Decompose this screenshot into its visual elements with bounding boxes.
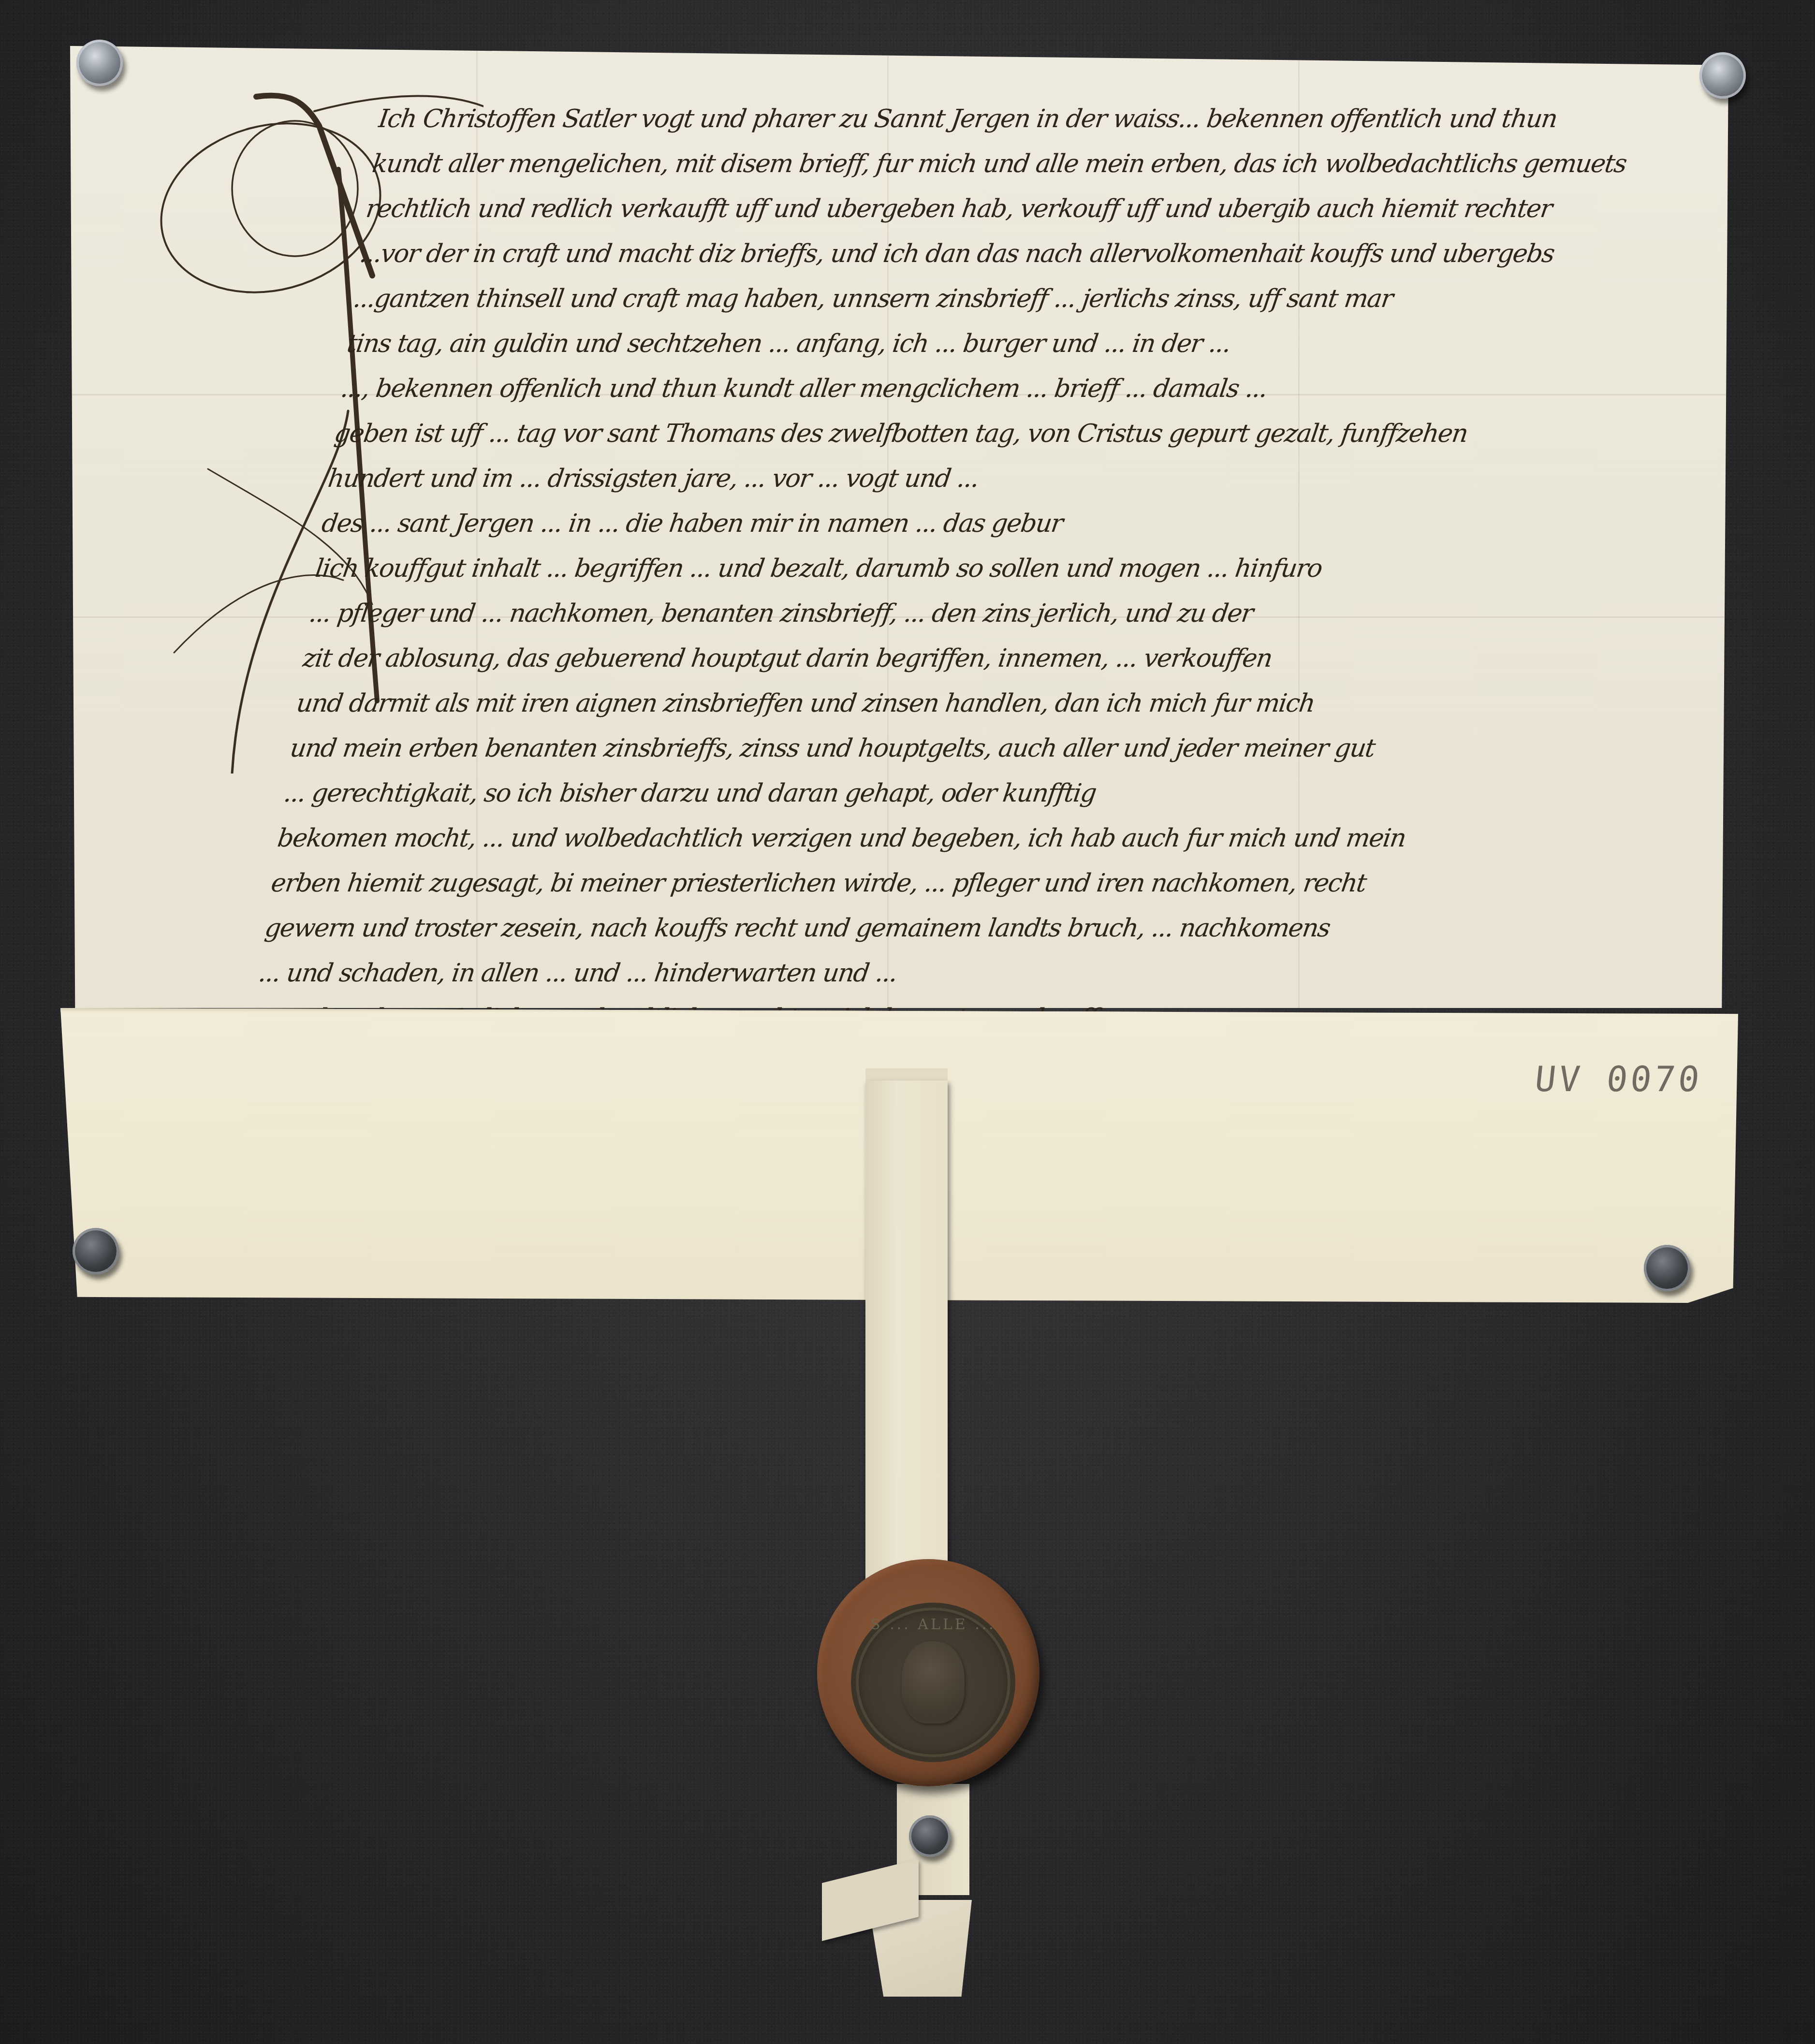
text-line: Ich Christoffen Satler vogt und pharer z… <box>376 97 1712 142</box>
text-line: rechtlich und redlich verkaufft uff und … <box>363 187 1699 232</box>
mounting-pin-top-right <box>1699 52 1746 99</box>
text-line: ..., bekennen offenlich und thun kundt a… <box>337 366 1673 411</box>
text-line: und darmit als mit iren aignen zinsbrief… <box>293 681 1629 726</box>
wax-seal: S ... ALLE ... <box>817 1559 1039 1786</box>
seal-legend: S ... ALLE ... <box>856 1616 1010 1633</box>
text-line: ... pfleger und ... nachkomen, benanten … <box>306 591 1642 636</box>
shelfmark-label: UV 0070 <box>1533 1059 1704 1099</box>
text-line: des ... sant Jergen ... in ... die haben… <box>319 501 1654 546</box>
mounting-pin-ribbon <box>909 1815 951 1857</box>
text-line: ...vor der in craft und macht diz brieff… <box>357 232 1693 277</box>
mounting-pin-bottom-right <box>1644 1245 1690 1291</box>
text-line: bekomen mocht, ... und wolbedachtlich ve… <box>275 816 1610 861</box>
text-line: lich kouffgut inhalt ... begriffen ... u… <box>312 546 1648 591</box>
text-line: erben hiemit zugesagt, bi meiner prieste… <box>268 861 1604 906</box>
text-line: zit der ablosung, das gebuerend houptgut… <box>300 636 1636 681</box>
text-line: geben ist uff ... tag vor sant Thomans d… <box>331 411 1667 456</box>
text-line: und mein erben benanten zinsbrieffs, zin… <box>287 726 1623 771</box>
text-line: tins tag, ain guldin und sechtzehen ... … <box>344 321 1680 366</box>
text-line: ...gantzen thinsell und craft mag haben,… <box>351 277 1686 321</box>
text-line: hundert und im ... drissigsten jare, ...… <box>325 456 1661 501</box>
text-line: ... und schaden, in allen ... und ... hi… <box>256 951 1592 996</box>
seal-figure-icon <box>902 1641 965 1723</box>
mounting-pin-bottom-left <box>73 1228 119 1274</box>
mounting-pin-top-left <box>76 40 123 86</box>
seal-impression: S ... ALLE ... <box>851 1603 1015 1762</box>
text-line: kundt aller mengelichen, mit disem brief… <box>369 142 1705 187</box>
text-line: ... gerechtigkait, so ich bisher darzu u… <box>281 771 1617 816</box>
text-line: gewern und troster zesein, nach kouffs r… <box>262 906 1598 951</box>
